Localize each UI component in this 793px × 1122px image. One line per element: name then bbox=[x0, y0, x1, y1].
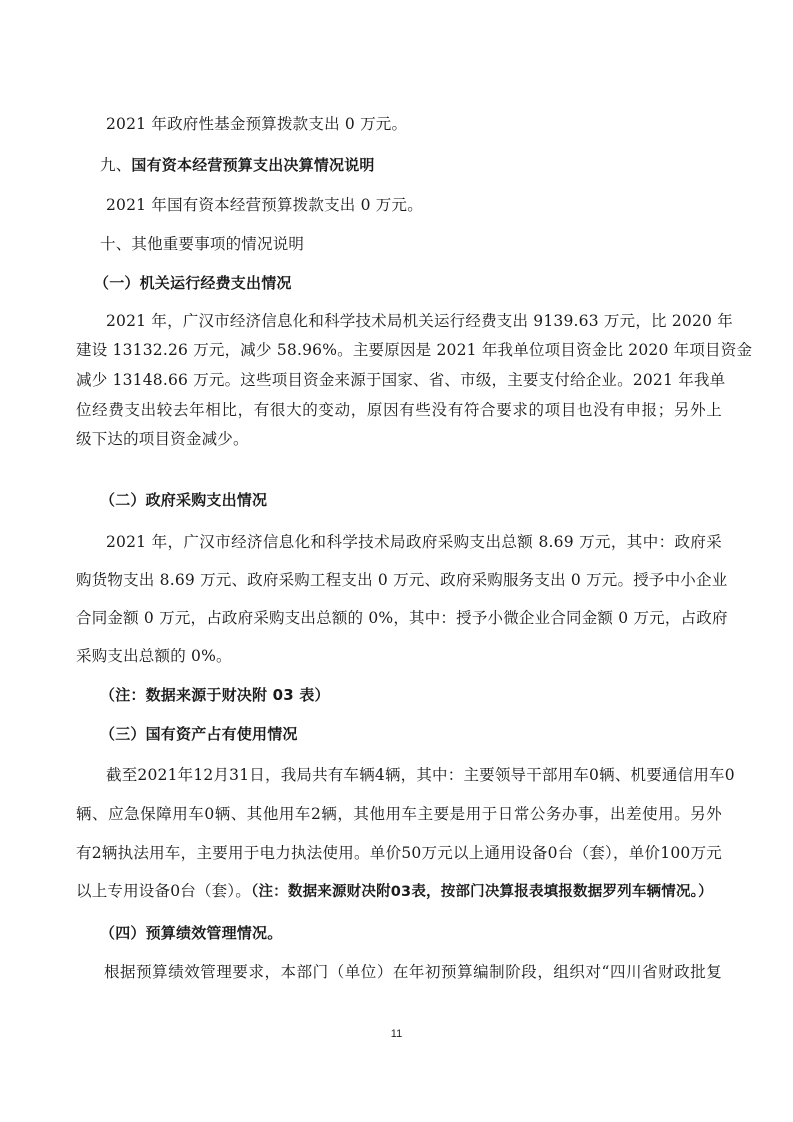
paragraph-line: 2021 年，广汉市经济信息化和科学技术局政府采购支出总额 8.69 万元，其中… bbox=[106, 532, 722, 552]
heading-section-10: 十、其他重要事项的情况说明 bbox=[100, 234, 722, 254]
page-number: 11 bbox=[0, 1028, 793, 1040]
heading-title: 国有资本经营预算支出决算情况说明 bbox=[131, 156, 374, 174]
paragraph-line: 采购支出总额的 0%。 bbox=[76, 646, 722, 666]
heading-number: 九、 bbox=[100, 156, 131, 174]
paragraph-line: 建设 13132.26 万元，减少 58.96%。主要原因是 2021 年我单位… bbox=[76, 340, 722, 360]
paragraph-fund-budget: 2021 年政府性基金预算拨款支出 0 万元。 bbox=[106, 114, 722, 134]
subheading-performance: （四）预算绩效管理情况。 bbox=[100, 923, 746, 943]
note-vehicle-source: （注：数据来源财决附03表，按部门决算报表填报数据罗列车辆情况。） bbox=[251, 884, 713, 900]
paragraph-line: 位经费支出较去年相比，有很大的变动，原因有些没有符合要求的项目也没有申报；另外上 bbox=[76, 400, 722, 420]
paragraph-line: 2021 年，广汉市经济信息化和科学技术局机关运行经费支出 9139.63 万元… bbox=[106, 311, 722, 331]
paragraph-line: 减少 13148.66 万元。这些项目资金来源于国家、省、市级，主要支付给企业。… bbox=[76, 370, 722, 390]
paragraph-state-capital: 2021 年国有资本经营预算拨款支出 0 万元。 bbox=[106, 195, 722, 215]
document-page: 2021 年政府性基金预算拨款支出 0 万元。 九、国有资本经营预算支出决算情况… bbox=[0, 0, 793, 1122]
paragraph-line: 有2辆执法用车，主要用于电力执法使用。单价50万元以上通用设备0台（套），单价1… bbox=[76, 843, 722, 863]
paragraph-line: 以上专用设备0台（套）。（注：数据来源财决附03表，按部门决算报表填报数据罗列车… bbox=[76, 881, 722, 902]
subheading-operating-expenses: （一）机关运行经费支出情况 bbox=[94, 273, 740, 293]
note-data-source: （注：数据来源于财决附 03 表） bbox=[100, 685, 746, 705]
paragraph-line: 购货物支出 8.69 万元、政府采购工程支出 0 万元、政府采购服务支出 0 万… bbox=[76, 570, 722, 590]
paragraph-line: 级下达的项目资金减少。 bbox=[76, 429, 722, 449]
paragraph-line: 辆、应急保障用车0辆、其他用车2辆，其他用车主要是用于日常公务办事，出差使用。另… bbox=[76, 804, 722, 824]
paragraph-line: 截至2021年12月31日，我局共有车辆4辆，其中：主要领导干部用车0辆、机要通… bbox=[106, 765, 722, 785]
heading-section-9: 九、国有资本经营预算支出决算情况说明 bbox=[100, 155, 722, 175]
subheading-state-assets: （三）国有资产占有使用情况 bbox=[100, 724, 746, 744]
subheading-procurement: （二）政府采购支出情况 bbox=[100, 490, 746, 510]
paragraph-line: 根据预算绩效管理要求，本部门（单位）在年初预算编制阶段，组织对“四川省财政批复 bbox=[104, 962, 722, 982]
equipment-text: 以上专用设备0台（套）。 bbox=[76, 882, 251, 900]
paragraph-line: 合同金额 0 万元，占政府采购支出总额的 0%，其中：授予小微企业合同金额 0 … bbox=[76, 608, 722, 628]
